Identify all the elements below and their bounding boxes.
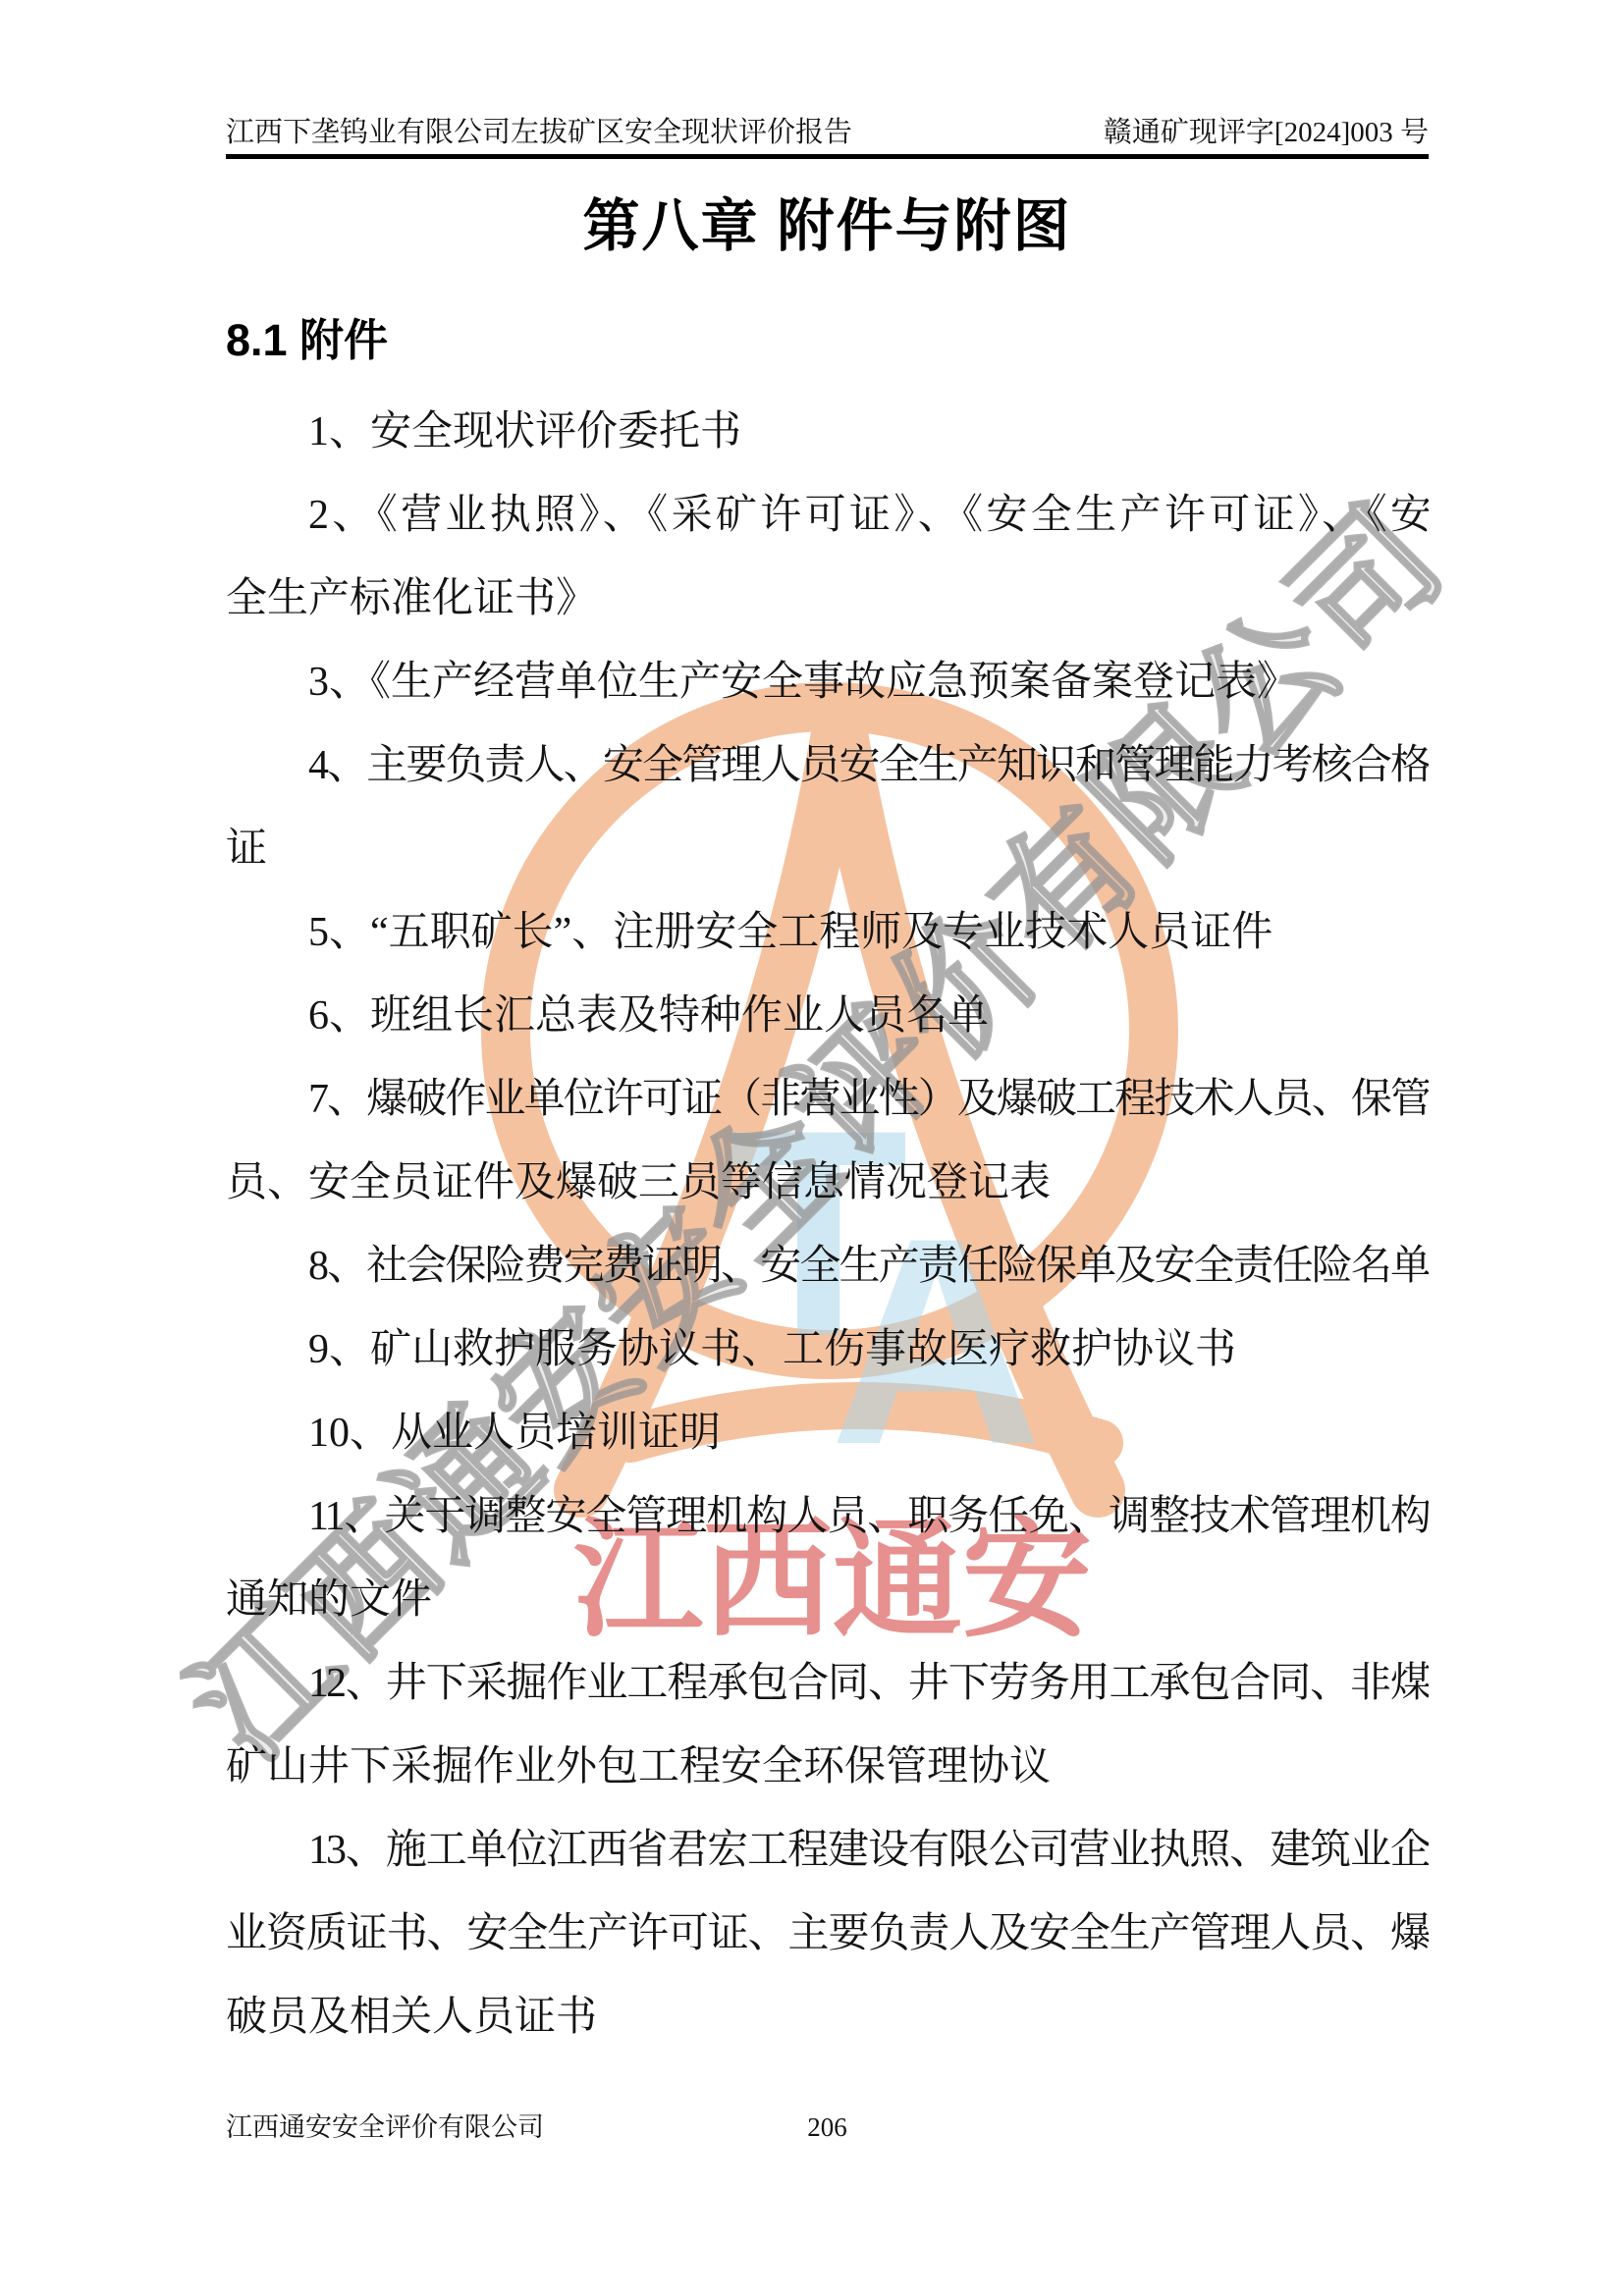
list-line: 全生产标准化证书》 — [226, 558, 1429, 641]
list-line: 通知的文件 — [226, 1559, 1429, 1642]
list-line: 2、《营业执照》、《采矿许可证》、《安全生产许可证》、《安 — [226, 474, 1429, 558]
list-line: 10、从业人员培训证明 — [226, 1392, 1429, 1475]
document-page: T A 江西通安安全评价有限公司 江西通安 江西下垄钨业有限公司左拔矿区安全现状… — [0, 0, 1624, 2296]
list-line: 5、“五职矿长”、注册安全工程师及专业技术人员证件 — [226, 891, 1429, 975]
chapter-title: 第八章 附件与附图 — [226, 192, 1429, 261]
list-line: 3、《生产经营单位生产安全事故应急预案备案登记表》 — [226, 641, 1429, 724]
header-document-number: 赣通矿现评字[2024]003 号 — [1104, 110, 1429, 150]
list-line: 矿山井下采掘作业外包工程安全环保管理协议 — [226, 1726, 1429, 1809]
list-line: 6、班组长汇总表及特种作业人员名单 — [226, 975, 1429, 1058]
page-content: 江西下垄钨业有限公司左拔矿区安全现状评价报告 赣通矿现评字[2024]003 号… — [0, 0, 1624, 2296]
section-heading: 8.1 附件 — [226, 310, 388, 371]
list-line: 破员及相关人员证书 — [226, 1976, 1429, 2059]
list-line: 11、关于调整安全管理机构人员、职务任免、调整技术管理机构 — [226, 1475, 1429, 1559]
list-line: 员、安全员证件及爆破三员等信息情况登记表 — [226, 1142, 1429, 1225]
list-line: 4、主要负责人、安全管理人员安全生产知识和管理能力考核合格 — [226, 724, 1429, 808]
page-header: 江西下垄钨业有限公司左拔矿区安全现状评价报告 赣通矿现评字[2024]003 号 — [226, 110, 1429, 150]
list-line: 9、矿山救护服务协议书、工伤事故医疗救护协议书 — [226, 1308, 1429, 1392]
list-line: 证 — [226, 808, 1429, 891]
list-line: 1、安全现状评价委托书 — [226, 391, 1429, 474]
header-report-title: 江西下垄钨业有限公司左拔矿区安全现状评价报告 — [226, 110, 852, 150]
attachment-list: 1、安全现状评价委托书 2、《营业执照》、《采矿许可证》、《安全生产许可证》、《… — [226, 391, 1429, 2059]
header-rule — [226, 154, 1429, 159]
footer-company: 江西通安安全评价有限公司 — [226, 2110, 544, 2144]
list-line: 7、爆破作业单位许可证（非营业性）及爆破工程技术人员、保管 — [226, 1058, 1429, 1142]
list-line: 12、井下采掘作业工程承包合同、井下劳务用工承包合同、非煤 — [226, 1642, 1429, 1726]
page-number: 206 — [807, 2110, 847, 2144]
list-line: 13、施工单位江西省君宏工程建设有限公司营业执照、建筑业企 — [226, 1809, 1429, 1893]
list-line: 8、社会保险费完费证明、安全生产责任险保单及安全责任险名单 — [226, 1225, 1429, 1308]
list-line: 业资质证书、安全生产许可证、主要负责人及安全生产管理人员、爆 — [226, 1893, 1429, 1976]
